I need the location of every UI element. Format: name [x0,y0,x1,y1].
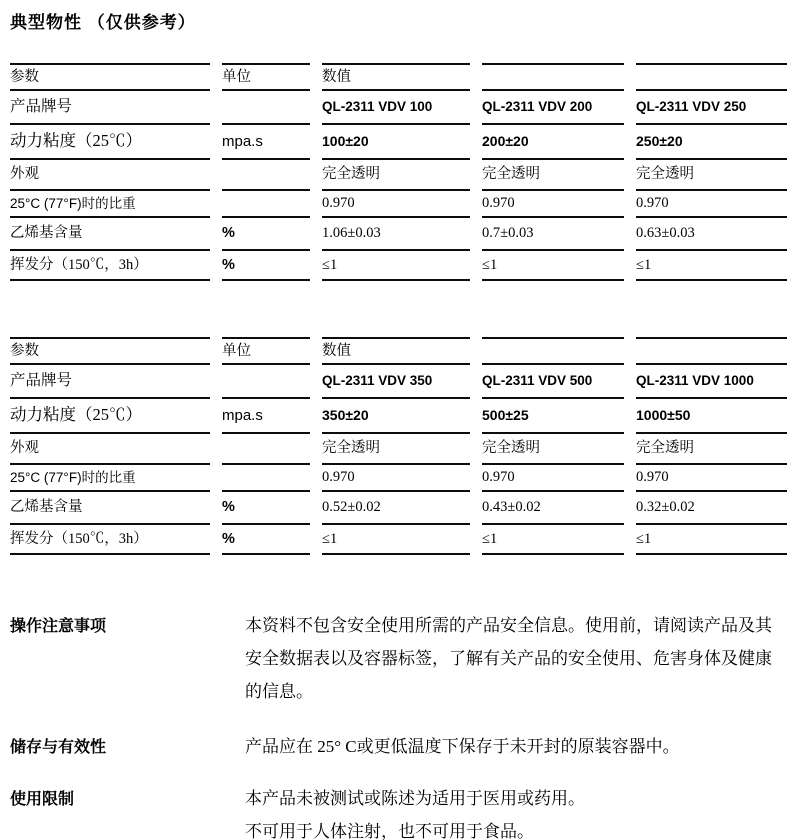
table-cell: 产品牌号 [10,365,210,399]
table-cell: QL-2311 VDV 200 [482,91,624,125]
note-handling-text: 本资料不包含安全使用所需的产品安全信息。使用前，请阅读产品及其安全数据表以及容器… [245,609,787,708]
table-row: 产品牌号QL-2311 VDV 350QL-2311 VDV 500QL-231… [10,365,787,399]
table-header-row: 参数单位数值 [10,337,787,365]
table-row: 动力粘度（25℃）mpa.s350±20500±251000±50 [10,399,787,434]
note-storage-text: 产品应在 25° C或更低温度下保存于未开封的原装容器中。 [245,730,787,763]
table-cell: 25°C (77°F)时的比重 [10,191,210,218]
table-row: 25°C (77°F)时的比重0.9700.9700.970 [10,465,787,492]
table-header-cell: 数值 [322,63,470,91]
note-usage-restriction: 使用限制 本产品未被测试或陈述为适用于医用或药用。 不可用于人体注射，也不可用于… [10,782,787,840]
table-cell: ≤1 [482,525,624,555]
table-cell: ≤1 [636,251,787,281]
table-row: 挥发分（150℃，3h）%≤1≤1≤1 [10,525,787,555]
table-cell: 0.52±0.02 [322,492,470,525]
datasheet-page: 典型物性 （仅供参考） 参数单位数值产品牌号QL-2311 VDV 100QL-… [0,0,790,840]
table-cell: 完全透明 [636,160,787,191]
table-cell [222,465,310,492]
table-cell: 0.970 [322,191,470,218]
table-row: 挥发分（150℃，3h）%≤1≤1≤1 [10,251,787,281]
table-row: 25°C (77°F)时的比重0.9700.9700.970 [10,191,787,218]
table-cell: % [222,251,310,281]
table-row: 乙烯基含量%0.52±0.020.43±0.020.32±0.02 [10,492,787,525]
table-cell: QL-2311 VDV 350 [322,365,470,399]
table-cell: QL-2311 VDV 1000 [636,365,787,399]
note-storage: 储存与有效性 产品应在 25° C或更低温度下保存于未开封的原装容器中。 [10,730,787,763]
table-cell: % [222,492,310,525]
table-cell [222,434,310,465]
table-cell: 完全透明 [482,160,624,191]
table-header-cell: 参数 [10,63,210,91]
table-header-cell [636,63,787,91]
table-cell: ≤1 [482,251,624,281]
note-storage-label: 储存与有效性 [10,730,245,757]
table-cell: 外观 [10,160,210,191]
table-row: 动力粘度（25℃）mpa.s100±20200±20250±20 [10,125,787,160]
table-cell: ≤1 [322,251,470,281]
table-cell: 挥发分（150℃，3h） [10,525,210,555]
table-row: 乙烯基含量%1.06±0.030.7±0.030.63±0.03 [10,218,787,251]
note-usage-restriction-label: 使用限制 [10,782,245,809]
table-cell: 完全透明 [482,434,624,465]
table-header-cell [482,337,624,365]
properties-table-1: 参数单位数值产品牌号QL-2311 VDV 100QL-2311 VDV 200… [10,63,787,281]
table-cell: 200±20 [482,125,624,160]
table-cell: 挥发分（150℃，3h） [10,251,210,281]
table-cell: 25°C (77°F)时的比重 [10,465,210,492]
table-cell: 100±20 [322,125,470,160]
page-title: 典型物性 （仅供参考） [10,8,787,33]
table-cell: % [222,525,310,555]
table-cell: 动力粘度（25℃） [10,399,210,434]
table-header-cell: 单位 [222,63,310,91]
table-row: 产品牌号QL-2311 VDV 100QL-2311 VDV 200QL-231… [10,91,787,125]
table-cell: % [222,218,310,251]
note-handling: 操作注意事项 本资料不包含安全使用所需的产品安全信息。使用前，请阅读产品及其安全… [10,609,787,708]
table-cell: 0.43±0.02 [482,492,624,525]
properties-table-2: 参数单位数值产品牌号QL-2311 VDV 350QL-2311 VDV 500… [10,337,787,555]
table-row: 外观完全透明完全透明完全透明 [10,434,787,465]
table-header-cell: 数值 [322,337,470,365]
table-header-cell: 单位 [222,337,310,365]
note-handling-label: 操作注意事项 [10,609,245,636]
table-cell: 产品牌号 [10,91,210,125]
table-cell: 完全透明 [322,160,470,191]
table-cell: 500±25 [482,399,624,434]
table-cell: 0.970 [636,465,787,492]
table-cell: 0.970 [482,465,624,492]
table-header-cell [636,337,787,365]
table-cell: 0.32±0.02 [636,492,787,525]
table-cell: 乙烯基含量 [10,492,210,525]
table-cell: 350±20 [322,399,470,434]
table-cell: ≤1 [322,525,470,555]
table-cell: 动力粘度（25℃） [10,125,210,160]
table-cell: 0.970 [482,191,624,218]
notes-section: 操作注意事项 本资料不包含安全使用所需的产品安全信息。使用前，请阅读产品及其安全… [10,609,787,840]
table-header-cell [482,63,624,91]
table-cell: 0.970 [322,465,470,492]
table-cell [222,160,310,191]
table-cell: mpa.s [222,125,310,160]
table-cell: 乙烯基含量 [10,218,210,251]
table-cell: ≤1 [636,525,787,555]
table-cell [222,191,310,218]
table-cell: mpa.s [222,399,310,434]
table-row: 外观完全透明完全透明完全透明 [10,160,787,191]
table-cell: QL-2311 VDV 500 [482,365,624,399]
table-cell: 1.06±0.03 [322,218,470,251]
table-cell: QL-2311 VDV 250 [636,91,787,125]
table-cell: 0.970 [636,191,787,218]
table-header-cell: 参数 [10,337,210,365]
table-cell: 250±20 [636,125,787,160]
table-cell: 完全透明 [636,434,787,465]
table-cell [222,91,310,125]
note-usage-restriction-text: 本产品未被测试或陈述为适用于医用或药用。 不可用于人体注射，也不可用于食品。 [245,782,787,840]
table-cell: 完全透明 [322,434,470,465]
table-cell: 1000±50 [636,399,787,434]
table-cell [222,365,310,399]
table-header-row: 参数单位数值 [10,63,787,91]
table-cell: 外观 [10,434,210,465]
table-cell: 0.63±0.03 [636,218,787,251]
table-cell: QL-2311 VDV 100 [322,91,470,125]
table-cell: 0.7±0.03 [482,218,624,251]
